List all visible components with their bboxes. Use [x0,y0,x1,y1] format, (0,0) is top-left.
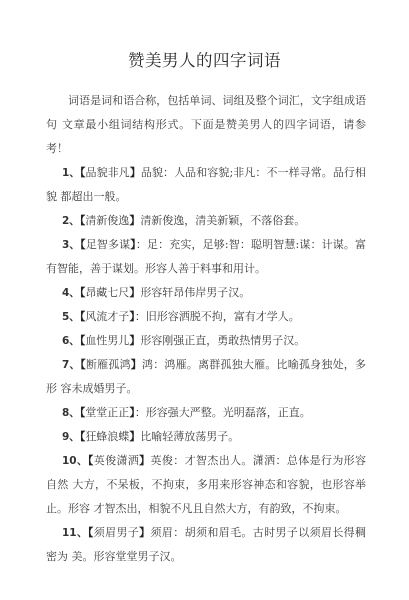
item-term: 狂蜂浪蝶 [85,430,129,443]
term-item: 3、【足智多谋】：足：充实，足够:智：聪明智慧:谋：计谋。富有智能，善于谋划。形… [46,233,366,281]
item-number: 9、 [62,431,80,443]
term-item: 10、【英俊潇洒】英俊：才智杰出人。潇洒：总体是行为形容自然 大方，不呆板，不拘… [46,449,366,521]
term-item: 11、【须眉男子】须眉：胡须和眉毛。古时男子以须眉长得稠密为 美。形容堂堂男子汉… [46,521,366,569]
close-bracket: 】 [139,526,150,539]
item-number: 8、 [62,407,80,419]
term-list: 1、【品貌非凡】品貌：人品和容貌;非凡：不一样寻常。品行相貌 都超出一般。2、【… [46,161,366,569]
close-bracket: 】 [129,286,140,299]
term-item: 5、【风流才子】：旧形容洒脱不拘，富有才学人。 [46,305,366,329]
close-bracket: 】 [129,430,140,443]
term-item: 8、【堂堂正正】：形容强大严整。光明磊落，正直。 [46,401,366,425]
document-title: 赞美男人的四字词语 [0,50,409,72]
intro-paragraph: 词语是词和语合称，包括单词、词组及整个词汇，文字组成语句 文章最小组词结构形式。… [46,89,366,161]
close-bracket: 】 [139,454,150,467]
item-number: 5、 [62,311,80,323]
item-number: 10、 [62,455,88,467]
item-term: 堂堂正正 [85,406,129,419]
document-body: 词语是词和语合称，包括单词、词组及整个词汇，文字组成语句 文章最小组词结构形式。… [46,89,366,569]
item-description: ：形容强大严整。光明磊落，正直。 [135,406,311,419]
item-number: 2、 [62,215,80,227]
item-term: 品貌非凡 [86,166,130,179]
item-term: 风流才子 [85,310,129,323]
term-item: 9、【狂蜂浪蝶】比喻轻薄放荡男子。 [46,425,366,449]
item-term: 昂藏七尺 [85,286,129,299]
item-number: 11、 [62,527,88,539]
term-item: 7、【断雁孤鸿】鸿：鸿雁。离群孤独大雁。比喻孤身独处，多形 容未成婚男子。 [46,353,366,401]
close-bracket: 】 [129,334,140,347]
item-number: 6、 [62,335,80,347]
item-description: 形容轩昂伟岸男子汉。 [140,286,250,299]
item-description: 比喻轻薄放荡男子。 [140,430,239,443]
close-bracket: 】 [131,358,142,371]
item-number: 3、 [62,239,80,251]
term-item: 6、【血性男儿】形容刚强正直，勇敢热情男子汉。 [46,329,366,353]
item-description: ：旧形容洒脱不拘，富有才学人。 [135,310,300,323]
item-description: 形容刚强正直，勇敢热情男子汉。 [140,334,305,347]
item-number: 4、 [62,287,80,299]
item-number: 1、 [62,167,80,179]
item-term: 英俊潇洒 [94,454,139,467]
item-description: 清新俊逸，清美新颖，不落俗套。 [140,214,305,227]
item-term: 断雁孤鸿 [86,358,131,371]
term-item: 1、【品貌非凡】品貌：人品和容貌;非凡：不一样寻常。品行相貌 都超出一般。 [46,161,366,209]
item-term: 血性男儿 [85,334,129,347]
item-term: 清新俊逸 [85,214,129,227]
term-item: 4、【昂藏七尺】形容轩昂伟岸男子汉。 [46,281,366,305]
term-item: 2、【清新俊逸】清新俊逸，清美新颖，不落俗套。 [46,209,366,233]
close-bracket: 】 [130,166,141,179]
document-page: 赞美男人的四字词语 词语是词和语合称，包括单词、词组及整个词汇，文字组成语句 文… [0,0,409,600]
item-term: 须眉男子 [94,526,139,539]
item-number: 7、 [62,359,80,371]
close-bracket: 】 [129,214,140,227]
item-term: 足智多谋 [86,238,131,251]
